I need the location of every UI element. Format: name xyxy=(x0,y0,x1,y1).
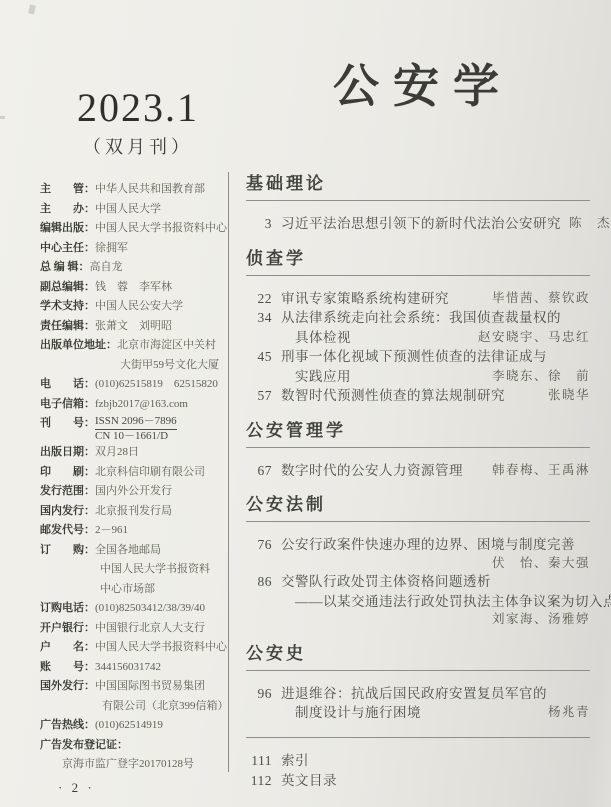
issue-number: 2023.1 xyxy=(40,86,236,130)
masthead-label: 订 购： xyxy=(40,544,95,556)
article-title: ——以某交通违法行政处罚执法主体争议案为切入点 xyxy=(295,592,611,612)
scan-mark-icon xyxy=(28,4,36,14)
article-title: 习近平法治思想引领下的新时代法治公安研究 xyxy=(281,214,561,234)
heading-rule xyxy=(246,275,590,276)
masthead-row: 刊 号：ISSN 2096－7896CN 10－1661/D xyxy=(40,414,236,443)
cn-number: CN 10－1661/D xyxy=(95,430,177,443)
article-page-number: 86 xyxy=(246,572,272,592)
masthead-info: 主 管：中华人民共和国教育部主 办：中国人民大学编辑出版：中国人民大学书报资料中… xyxy=(40,180,236,775)
article-title: 交警队行政处罚主体资格问题透析 xyxy=(281,572,491,592)
article-authors: 刘家海、汤雅婷 xyxy=(484,611,590,629)
heading-rule xyxy=(246,670,590,671)
column-divider xyxy=(228,172,229,772)
masthead-label: 邮发代号： xyxy=(40,524,95,536)
masthead-value: 全国各地邮局 xyxy=(95,544,161,556)
masthead-value: 中心市场部 xyxy=(40,580,236,600)
toc-article-line: 45刑事一体化视域下预测性侦查的法律证成与 xyxy=(246,347,590,367)
article-title: 刑事一体化视域下预测性侦查的法律证成与 xyxy=(281,347,547,367)
toc-section: 公安史96进退维谷：抗战后国民政府安置复员军官的制度设计与施行困境杨兆青 xyxy=(246,644,590,723)
masthead-row: 发行范围：国内外公开发行 xyxy=(40,482,236,502)
heading-rule xyxy=(246,200,590,201)
masthead-value: 中国人民大学书报资料中心 xyxy=(95,222,227,234)
masthead-value: 北京报刊发行局 xyxy=(95,505,172,517)
table-of-contents: 基础理论3习近平法治思想引领下的新时代法治公安研究陈 杰侦查学22审讯专家策略系… xyxy=(246,174,590,791)
masthead-value: 双月28日 xyxy=(95,446,139,458)
toc-article-line: 22审讯专家策略系统构建研究毕惜茜、蔡钦政 xyxy=(246,289,590,309)
masthead-row: 主 办：中国人民大学 xyxy=(40,200,236,220)
article-page-number: 34 xyxy=(246,308,272,328)
toc-article-line: 67数字时代的公安人力资源管理韩春梅、王禹淋 xyxy=(246,461,590,481)
toc-article-line: 具体检视赵安晓宇、马忠红 xyxy=(246,328,590,348)
article-authors: 李晓东、徐 前 xyxy=(484,367,590,387)
masthead-label: 广告发布登记证： xyxy=(40,739,128,751)
end-item-page-number: 112 xyxy=(246,771,272,791)
issue-frequency: （双月刊） xyxy=(40,134,236,160)
toc-section-heading: 基础理论 xyxy=(246,174,590,194)
masthead-value: 京海市监广登字20170128号 xyxy=(40,755,236,775)
masthead-label: 电子信箱： xyxy=(40,398,95,410)
masthead-label: 开户银行： xyxy=(40,622,95,634)
masthead-label: 出版单位地址： xyxy=(40,339,117,351)
article-authors: 陈 杰 xyxy=(561,214,611,234)
masthead-column: 2023.1 （双月刊） 主 管：中华人民共和国教育部主 办：中国人民大学编辑出… xyxy=(40,80,236,775)
masthead-label: 出版日期： xyxy=(40,446,95,458)
masthead-row: 出版单位地址：北京市海淀区中关村 xyxy=(40,336,236,356)
masthead-value: 大街甲59号文化大厦 xyxy=(40,356,236,376)
toc-article: 45刑事一体化视域下预测性侦查的法律证成与实践应用李晓东、徐 前 xyxy=(246,347,590,386)
toc-section: 公安法制76公安行政案件快速办理的边界、困境与制度完善伏 怡、秦大强86交警队行… xyxy=(246,495,590,629)
masthead-label: 账 号： xyxy=(40,661,95,673)
masthead-row: 责任编辑：张萧文 刘明昭 xyxy=(40,317,236,337)
article-title: 从法律系统走向社会系统：我国侦查裁量权的 xyxy=(281,308,561,328)
masthead-value: 张萧文 刘明昭 xyxy=(95,320,172,332)
toc-article-line: ——以某交通违法行政处罚执法主体争议案为切入点 xyxy=(246,592,590,612)
toc-article-line: 伏 怡、秦大强 xyxy=(246,555,590,573)
masthead-value: 中国人民大学书报资料中心 xyxy=(95,641,227,653)
masthead-row: 电 话：(010)62515819 62515820 xyxy=(40,375,236,395)
toc-article: 76公安行政案件快速办理的边界、困境与制度完善伏 怡、秦大强 xyxy=(246,535,590,572)
end-item-page-number: 111 xyxy=(246,751,272,771)
toc-section-heading: 侦查学 xyxy=(246,249,590,269)
masthead-value: 中国银行北京人大支行 xyxy=(95,622,205,634)
toc-article: 3习近平法治思想引领下的新时代法治公安研究陈 杰 xyxy=(246,214,590,234)
article-title: 实践应用 xyxy=(295,367,351,387)
masthead-row: 中心主任：徐拥军 xyxy=(40,239,236,259)
folio-page-number: · 2 · xyxy=(58,780,95,796)
masthead-value: 北京市海淀区中关村 xyxy=(117,339,216,351)
masthead-label: 户 名： xyxy=(40,641,95,653)
masthead-row: 主 管：中华人民共和国教育部 xyxy=(40,180,236,200)
masthead-label: 中心主任： xyxy=(40,242,95,254)
toc-article-line: 76公安行政案件快速办理的边界、困境与制度完善 xyxy=(246,535,590,555)
toc-article-line: 刘家海、汤雅婷 xyxy=(246,611,590,629)
masthead-label: 国内发行： xyxy=(40,505,95,517)
article-page-number: 67 xyxy=(246,461,272,481)
article-page-number: 22 xyxy=(246,289,272,309)
scan-mark-icon xyxy=(0,116,5,119)
masthead-row: 学术支持：中国人民公安大学 xyxy=(40,297,236,317)
masthead-value: 北京科信印刷有限公司 xyxy=(95,466,205,478)
toc-article: 22审讯专家策略系统构建研究毕惜茜、蔡钦政 xyxy=(246,289,590,309)
masthead-row: 出版日期：双月28日 xyxy=(40,443,236,463)
toc-article-line: 86交警队行政处罚主体资格问题透析 xyxy=(246,572,590,592)
masthead-row: 编辑出版：中国人民大学书报资料中心 xyxy=(40,219,236,239)
masthead-label: 学术支持： xyxy=(40,300,95,312)
article-title: 审讯专家策略系统构建研究 xyxy=(281,289,449,309)
masthead-label: 电 话： xyxy=(40,378,95,390)
masthead-value: 国内外公开发行 xyxy=(95,485,172,497)
article-page-number: 45 xyxy=(246,347,272,367)
article-page-number: 57 xyxy=(246,386,272,406)
end-item-label: 英文目录 xyxy=(281,771,337,791)
toc-article: 96进退维谷：抗战后国民政府安置复员军官的制度设计与施行困境杨兆青 xyxy=(246,684,590,723)
masthead-row: 总 编 辑：高自龙 xyxy=(40,258,236,278)
heading-rule xyxy=(246,521,590,522)
masthead-label: 广告热线： xyxy=(40,719,95,731)
masthead-value: 高自龙 xyxy=(90,261,123,273)
toc-article: 34从法律系统走向社会系统：我国侦查裁量权的具体检视赵安晓宇、马忠红 xyxy=(246,308,590,347)
toc-section-heading: 公安管理学 xyxy=(246,421,590,441)
article-page-number: 3 xyxy=(246,214,272,234)
article-title: 公安行政案件快速办理的边界、困境与制度完善 xyxy=(281,535,575,555)
masthead-label: 刊 号： xyxy=(40,417,95,429)
article-title: 数智时代预测性侦查的算法规制研究 xyxy=(281,386,505,406)
masthead-label: 印 刷： xyxy=(40,466,95,478)
toc-section: 侦查学22审讯专家策略系统构建研究毕惜茜、蔡钦政34从法律系统走向社会系统：我国… xyxy=(246,249,590,406)
masthead-value: 2－961 xyxy=(95,524,128,536)
article-title: 制度设计与施行困境 xyxy=(295,703,421,723)
masthead-value: 中国人民公安大学 xyxy=(95,300,183,312)
masthead-row: 广告发布登记证： xyxy=(40,736,236,756)
article-title: 进退维谷：抗战后国民政府安置复员军官的 xyxy=(281,684,547,704)
article-authors: 毕惜茜、蔡钦政 xyxy=(484,289,590,309)
toc-section-heading: 公安法制 xyxy=(246,495,590,515)
masthead-row: 国内发行：北京报刊发行局 xyxy=(40,502,236,522)
article-title: 数字时代的公安人力资源管理 xyxy=(281,461,463,481)
toc-article: 67数字时代的公安人力资源管理韩春梅、王禹淋 xyxy=(246,461,590,481)
masthead-row: 户 名：中国人民大学书报资料中心 xyxy=(40,638,236,658)
masthead-label: 总 编 辑： xyxy=(40,261,90,273)
masthead-value: (010)82503412/38/39/40 xyxy=(95,602,205,614)
masthead-label: 编辑出版： xyxy=(40,222,95,234)
masthead-value: 徐拥军 xyxy=(95,242,128,254)
toc-article-line: 制度设计与施行困境杨兆青 xyxy=(246,703,590,723)
toc-article-line: 实践应用李晓东、徐 前 xyxy=(246,367,590,387)
article-authors: 张晓华 xyxy=(540,386,590,406)
article-page-number: 96 xyxy=(246,684,272,704)
toc-article: 57数智时代预测性侦查的算法规制研究张晓华 xyxy=(246,386,590,406)
article-authors: 伏 怡、秦大强 xyxy=(484,555,590,573)
masthead-label: 副总编辑： xyxy=(40,281,95,293)
end-item-label: 索引 xyxy=(281,751,309,771)
article-title: 具体检视 xyxy=(295,328,351,348)
masthead-value: (010)62515819 62515820 xyxy=(95,378,218,390)
masthead-value: (010)62514919 xyxy=(95,719,163,731)
masthead-label: 订购电话： xyxy=(40,602,95,614)
masthead-row: 印 刷：北京科信印刷有限公司 xyxy=(40,463,236,483)
masthead-label: 发行范围： xyxy=(40,485,95,497)
masthead-value: 钱 蓉 李军林 xyxy=(95,281,172,293)
masthead-row: 广告热线：(010)62514919 xyxy=(40,716,236,736)
masthead-row: 电子信箱：fzbjb2017@163.com xyxy=(40,395,236,415)
article-page-number: 76 xyxy=(246,535,272,555)
article-authors: 韩春梅、王禹淋 xyxy=(484,461,590,481)
masthead-label: 国外发行： xyxy=(40,680,95,692)
toc-end-block: 111索引112英文目录 xyxy=(246,737,590,791)
toc-article-line: 96进退维谷：抗战后国民政府安置复员军官的 xyxy=(246,684,590,704)
masthead-value: fzbjb2017@163.com xyxy=(95,398,188,410)
toc-article-line: 3习近平法治思想引领下的新时代法治公安研究陈 杰 xyxy=(246,214,590,234)
masthead-value: 中华人民共和国教育部 xyxy=(95,183,205,195)
masthead-label: 主 办： xyxy=(40,203,95,215)
article-authors: 杨兆青 xyxy=(540,703,590,723)
toc-article: 86交警队行政处罚主体资格问题透析——以某交通违法行政处罚执法主体争议案为切入点… xyxy=(246,572,590,629)
end-rule xyxy=(246,737,590,738)
toc-section-heading: 公安史 xyxy=(246,644,590,664)
masthead-row: 副总编辑：钱 蓉 李军林 xyxy=(40,278,236,298)
toc-section: 基础理论3习近平法治思想引领下的新时代法治公安研究陈 杰 xyxy=(246,174,590,234)
masthead-value: 中国人民大学书报资料 xyxy=(40,560,236,580)
issn-number: ISSN 2096－7896 xyxy=(95,415,177,430)
toc-article-line: 34从法律系统走向社会系统：我国侦查裁量权的 xyxy=(246,308,590,328)
masthead-value: 有限公司（北京399信箱） xyxy=(40,697,236,717)
masthead-value: 中国人民大学 xyxy=(95,203,161,215)
toc-article-line: 57数智时代预测性侦查的算法规制研究张晓华 xyxy=(246,386,590,406)
masthead-row: 订购电话：(010)82503412/38/39/40 xyxy=(40,599,236,619)
masthead-label: 主 管： xyxy=(40,183,95,195)
masthead-row: 账 号：344156031742 xyxy=(40,658,236,678)
masthead-row: 国外发行：中国国际图书贸易集团 xyxy=(40,677,236,697)
masthead-label: 责任编辑： xyxy=(40,320,95,332)
masthead-row: 订 购：全国各地邮局 xyxy=(40,541,236,561)
toc-end-line: 111索引 xyxy=(246,751,590,771)
masthead-row: 开户银行：中国银行北京人大支行 xyxy=(40,619,236,639)
journal-title: 公安学 xyxy=(246,58,590,116)
toc-section: 公安管理学67数字时代的公安人力资源管理韩春梅、王禹淋 xyxy=(246,421,590,481)
issn-cn-block: ISSN 2096－7896CN 10－1661/D xyxy=(95,415,177,443)
heading-rule xyxy=(246,447,590,448)
article-authors: 赵安晓宇、马忠红 xyxy=(470,328,590,348)
journal-contents-page: 2023.1 （双月刊） 主 管：中华人民共和国教育部主 办：中国人民大学编辑出… xyxy=(0,0,611,807)
masthead-value: 344156031742 xyxy=(95,661,161,673)
masthead-row: 邮发代号：2－961 xyxy=(40,521,236,541)
toc-end-line: 112英文目录 xyxy=(246,771,590,791)
masthead-value: 中国国际图书贸易集团 xyxy=(95,680,205,692)
